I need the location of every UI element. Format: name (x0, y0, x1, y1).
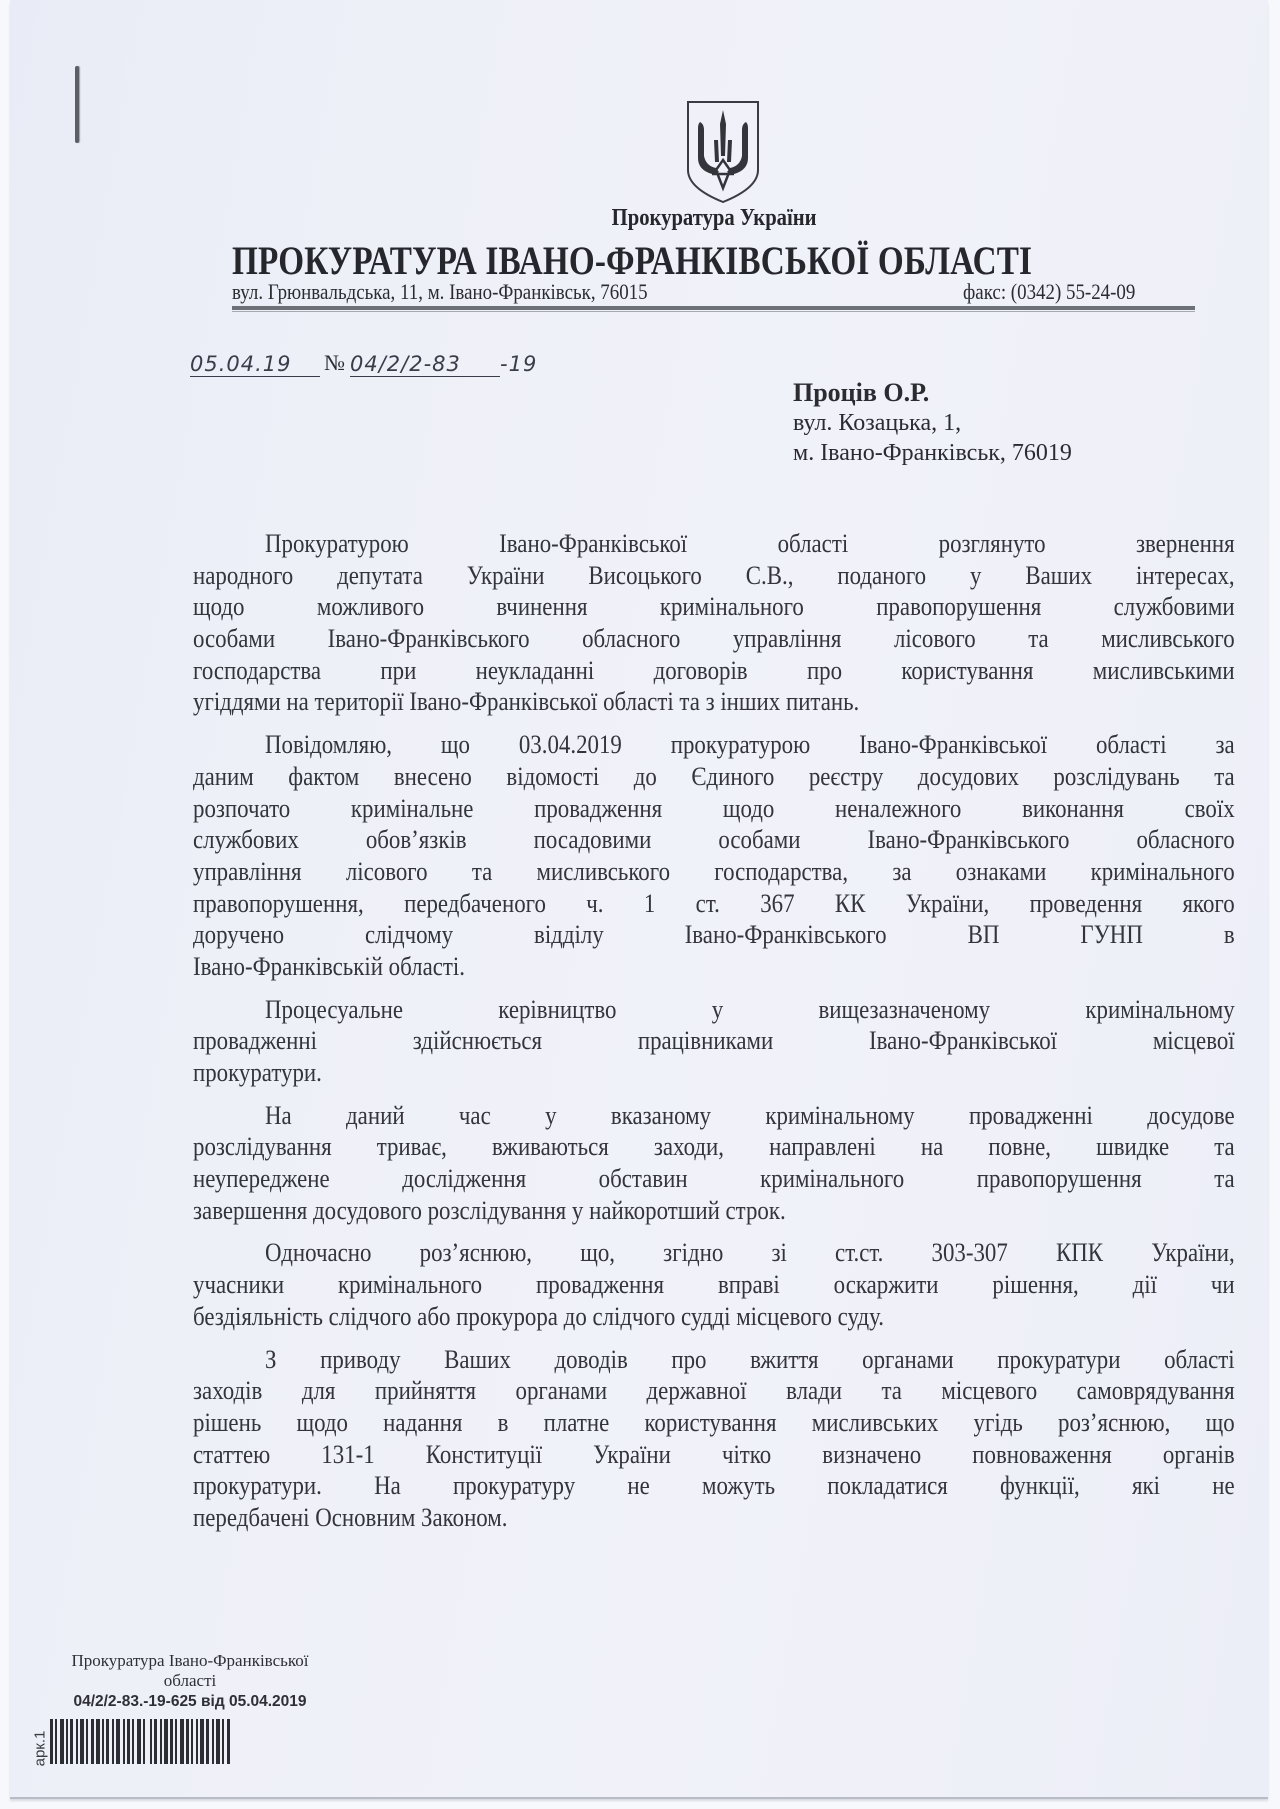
text-line-content: розпочато кримінальне провадження щодо н… (193, 793, 1235, 825)
recipient-name: Проців О.Р. (793, 378, 1072, 408)
barcode-icon (50, 1719, 306, 1764)
organization-fax: факс: (0342) 55-24-09 (963, 279, 1135, 305)
registration-org-line2: області (40, 1671, 340, 1691)
organization-title: ПРОКУРАТУРА ІВАНО-ФРАНКІВСЬКОЇ ОБЛАСТІ (232, 237, 1032, 284)
text-line: рішень щодо надання в платне користуванн… (193, 1407, 1235, 1439)
outgoing-date: 05.04.19 (190, 352, 320, 377)
text-line-content: На даний час у вказаному кримінальному п… (265, 1100, 1235, 1132)
text-line-content: Повідомляю, що 03.04.2019 прокуратурою І… (265, 729, 1235, 761)
document-page: Прокуратура України ПРОКУРАТУРА ІВАНО-ФР… (10, 0, 1268, 1797)
trident-emblem-icon (686, 100, 760, 204)
paragraph: Прокуратурою Івано-Франківської області … (193, 528, 1235, 718)
text-line: розслідування триває, вживаються заходи,… (193, 1131, 1235, 1163)
text-line: щодо можливого вчинення кримінального пр… (193, 591, 1235, 623)
text-line: заходів для прийняття органами державної… (193, 1375, 1235, 1407)
text-line-content: учасники кримінального провадження вправ… (193, 1269, 1235, 1301)
text-line: завершення досудового розслідування у на… (193, 1195, 1235, 1227)
paragraph: Процесуальне керівництво у вищезазначено… (193, 994, 1235, 1089)
text-line: учасники кримінального провадження вправ… (193, 1269, 1235, 1301)
text-line-content: даним фактом внесено відомості до Єдиног… (193, 761, 1235, 793)
text-line: особами Івано-Франківського обласного уп… (193, 623, 1235, 655)
letterhead-divider-thin (232, 311, 1195, 312)
text-line-content: З приводу Ваших доводів про вжиття орган… (265, 1344, 1235, 1376)
text-line-content: розслідування триває, вживаються заходи,… (193, 1131, 1235, 1163)
text-line-content: рішень щодо надання в платне користуванн… (193, 1407, 1235, 1439)
text-line-content: провадженні здійснюється працівниками Ів… (193, 1025, 1235, 1057)
text-line-content: неупереджене дослідження обставин кримін… (193, 1163, 1235, 1195)
text-line-content: угіддями на території Івано-Франківської… (193, 686, 1235, 718)
paragraph: Повідомляю, що 03.04.2019 прокуратурою І… (193, 729, 1235, 983)
text-line-content: службових обов’язків посадовими особами … (193, 824, 1235, 856)
organization-address: вул. Грюнвальдська, 11, м. Івано-Франків… (232, 279, 648, 305)
paragraph: З приводу Ваших доводів про вжиття орган… (193, 1344, 1235, 1534)
text-line-content: правопорушення, передбаченого ч. 1 ст. 3… (193, 888, 1235, 920)
text-line: службових обов’язків посадовими особами … (193, 824, 1235, 856)
outgoing-number: 04/2/2-83 (350, 352, 500, 377)
barcode-bar (230, 1719, 232, 1764)
text-line: правопорушення, передбаченого ч. 1 ст. 3… (193, 888, 1235, 920)
text-line-content: доручено слідчому відділу Івано-Франківс… (193, 919, 1235, 951)
parent-organization: Прокуратура України (0, 205, 1280, 232)
paragraph: На даний час у вказаному кримінальному п… (193, 1100, 1235, 1227)
text-line: народного депутата України Висоцького С.… (193, 560, 1235, 592)
text-line-content: статтею 131-1 Конституції України чітко … (193, 1439, 1235, 1471)
recipient-city: м. Івано-Франківськ, 76019 (793, 438, 1072, 468)
text-line-content: завершення досудового розслідування у на… (193, 1195, 1235, 1227)
staple-mark (75, 66, 79, 143)
text-line-content: передбачені Основним Законом. (193, 1502, 1235, 1534)
text-line: З приводу Ваших доводів про вжиття орган… (193, 1344, 1235, 1376)
text-line: Процесуальне керівництво у вищезазначено… (193, 994, 1235, 1026)
letter-body: Прокуратурою Івано-Франківської області … (193, 528, 1235, 1545)
text-line-content: щодо можливого вчинення кримінального пр… (193, 591, 1235, 623)
text-line: Повідомляю, що 03.04.2019 прокуратурою І… (193, 729, 1235, 761)
registration-number: 04/2/2-83.-19-625 від 05.04.2019 (40, 1693, 340, 1711)
text-line-content: народного депутата України Висоцького С.… (193, 560, 1235, 592)
text-line-content: прокуратури. На прокуратуру не можуть по… (193, 1470, 1235, 1502)
text-line-content: прокуратури. (193, 1057, 1235, 1089)
number-label: № (324, 350, 345, 376)
text-line: розпочато кримінальне провадження щодо н… (193, 793, 1235, 825)
text-line-content: Прокуратурою Івано-Франківської області … (265, 528, 1235, 560)
recipient-street: вул. Козацька, 1, (793, 408, 1072, 438)
text-line: даним фактом внесено відомості до Єдиног… (193, 761, 1235, 793)
text-line-content: особами Івано-Франківського обласного уп… (193, 623, 1235, 655)
text-line-content: бездіяльність слідчого або прокурора до … (193, 1301, 1235, 1333)
text-line: На даний час у вказаному кримінальному п… (193, 1100, 1235, 1132)
outgoing-number-tail: -19 (500, 352, 537, 376)
text-line-content: Одночасно роз’яснюю, що, згідно зі ст.ст… (265, 1237, 1235, 1269)
text-line: провадженні здійснюється працівниками Ів… (193, 1025, 1235, 1057)
text-line: прокуратури. (193, 1057, 1235, 1089)
text-line: Одночасно роз’яснюю, що, згідно зі ст.ст… (193, 1237, 1235, 1269)
text-line-content: Процесуальне керівництво у вищезазначено… (265, 994, 1235, 1026)
text-line: Прокуратурою Івано-Франківської області … (193, 528, 1235, 560)
text-line: неупереджене дослідження обставин кримін… (193, 1163, 1235, 1195)
letterhead-divider (232, 306, 1195, 310)
text-line: господарства при неукладанні договорів п… (193, 655, 1235, 687)
text-line: бездіяльність слідчого або прокурора до … (193, 1301, 1235, 1333)
text-line: управління лісового та мисливського госп… (193, 856, 1235, 888)
registration-org: Прокуратура Івано-Франківської області (40, 1651, 340, 1691)
text-line-content: господарства при неукладанні договорів п… (193, 655, 1235, 687)
text-line: прокуратури. На прокуратуру не можуть по… (193, 1470, 1235, 1502)
text-line: статтею 131-1 Конституції України чітко … (193, 1439, 1235, 1471)
text-line-content: управління лісового та мисливського госп… (193, 856, 1235, 888)
registration-org-line1: Прокуратура Івано-Франківської (40, 1651, 340, 1671)
sheet-label: арк.1 (31, 1731, 48, 1767)
paragraph: Одночасно роз’яснюю, що, згідно зі ст.ст… (193, 1237, 1235, 1332)
text-line-content: заходів для прийняття органами державної… (193, 1375, 1235, 1407)
text-line: угіддями на території Івано-Франківської… (193, 686, 1235, 718)
text-line-content: Івано-Франківській області. (193, 951, 1235, 983)
text-line: Івано-Франківській області. (193, 951, 1235, 983)
text-line: доручено слідчому відділу Івано-Франківс… (193, 919, 1235, 951)
text-line: передбачені Основним Законом. (193, 1502, 1235, 1534)
recipient-block: Проців О.Р. вул. Козацька, 1, м. Івано-Ф… (793, 378, 1072, 468)
